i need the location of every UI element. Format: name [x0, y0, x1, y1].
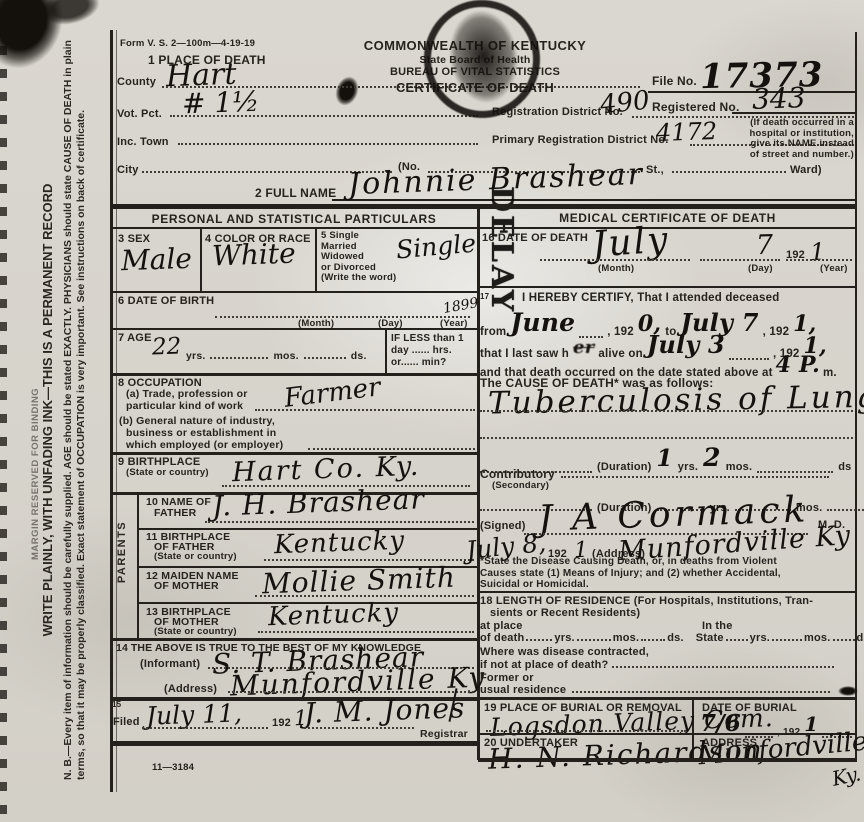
residence-yrs-label: yrs. [554, 632, 574, 644]
father-birthplace-value: Kentucky [274, 526, 406, 561]
dots [526, 637, 552, 641]
informant-label: (Informant) [140, 658, 200, 670]
residence-label-line2: sients or Recent Residents) [490, 607, 640, 619]
row-rule [110, 373, 478, 376]
age-dots [304, 355, 346, 359]
marital-value: Single [395, 229, 477, 265]
residence-label-line1: 18 LENGTH OF RESIDENCE (For Hospitals, I… [480, 595, 813, 607]
of-death-label: of death [480, 632, 524, 644]
section-bar [110, 204, 857, 209]
filed-label: Filed [113, 716, 140, 728]
duration-ds-label: ds [838, 461, 851, 473]
occurred-m-label: m. [823, 367, 837, 379]
age-dots [210, 355, 268, 359]
age-yrs-label: yrs. [186, 350, 205, 362]
parents-label: PARENTS [116, 510, 128, 594]
row-rule [478, 591, 857, 593]
filed-number: 15 [112, 700, 121, 709]
birthplace-sublabel: (State or country) [126, 467, 209, 478]
residence-mos-label: mos. [613, 632, 639, 644]
footnote-line: *State the Disease Causing Death, or, in… [480, 556, 777, 567]
mother-name-line [255, 595, 474, 597]
residence-state-label: State [696, 632, 724, 644]
former-label-line1: Former or [480, 672, 534, 684]
hospital-note-line: of street and number.) [750, 149, 854, 160]
ink-blot [838, 686, 858, 696]
dots [572, 689, 830, 693]
binding-perforation-marks [0, 0, 7, 822]
cell-divider [385, 330, 387, 373]
margin-nb-note: N. B.—Every item of information should b… [62, 40, 87, 780]
registrar-label: Registrar [420, 728, 468, 740]
registrar-line [304, 727, 414, 729]
plate-number: 11—3184 [152, 762, 194, 773]
mother-name-label2: OF MOTHER [154, 580, 219, 592]
row-rule [110, 291, 478, 293]
marital-label-line: (Write the word) [321, 272, 396, 283]
footnote-line: Causes state (1) Means of Injury; and (2… [480, 568, 781, 579]
contributory-label: Contributory [480, 467, 555, 481]
occupation-b-line [308, 448, 475, 450]
father-name-line [205, 521, 474, 523]
marital-label-line: or Divorced [321, 262, 376, 273]
hospital-note-line: hospital or institution, [749, 128, 854, 139]
personal-section-title: PERSONAL AND STATISTICAL PARTICULARS [110, 212, 478, 226]
footnote-line: Suicidal or Homicidal. [480, 579, 589, 590]
occupation-a-line1: (a) Trade, profession or [126, 388, 248, 400]
dod-year-sublabel: (Year) [820, 263, 848, 274]
dob-label: 6 DATE OF BIRTH [118, 295, 214, 307]
certify-line: I HEREBY CERTIFY, That I attended deceas… [522, 292, 779, 304]
table-top-rule [478, 697, 857, 700]
occupation-a-line2: particular kind of work [126, 400, 243, 412]
residence-ds-label: ds. [667, 632, 684, 644]
contracted-label-line2: if not at place of death? [480, 659, 608, 671]
certify-number: 17 [480, 292, 489, 301]
if-less-line: or...... min? [391, 357, 446, 368]
registered-no-label: Registered No. [652, 100, 740, 114]
if-less-line: IF LESS than 1 [391, 333, 464, 344]
registrar-signature: J. M. Jones [303, 691, 465, 730]
undertaker-address-value2: Ky. [830, 761, 863, 790]
former-label-line2: usual residence [480, 684, 566, 696]
filed-date-value: July 11, [146, 698, 243, 730]
vot-pct-label: Vot. Pct. [117, 108, 162, 120]
race-value: White [211, 237, 296, 273]
dob-line [215, 316, 470, 318]
registered-no-value: 343 [751, 81, 806, 116]
margin-permanent-record-note: WRITE PLAINLY, WITH UNFADING INK—THIS IS… [40, 60, 55, 760]
marital-label-line: 5 Single [321, 230, 359, 241]
city-label: City [117, 164, 139, 176]
contracted-label-line1: Where was disease contracted, [480, 646, 649, 658]
dots [612, 664, 834, 668]
marital-label-line: Married [321, 241, 357, 252]
sex-value: Male [120, 242, 192, 277]
secondary-label: (Secondary) [492, 480, 549, 491]
marital-label-line: Widowed [321, 251, 364, 262]
father-name-value: J. H. Brashear [211, 482, 425, 522]
residence-state-yrs: yrs. [750, 632, 770, 644]
row-rule [110, 328, 478, 330]
cell-divider [200, 229, 202, 291]
occupation-a-value: Farmer [283, 372, 383, 414]
cause-line2 [480, 437, 853, 439]
row-rule [478, 286, 857, 288]
if-less-line: day ...... hrs. [391, 345, 452, 356]
filed-year-printed: 192 [272, 717, 291, 729]
ward-label: Ward) [790, 164, 822, 176]
inc-town-line [178, 143, 478, 145]
burial-place-line [486, 730, 686, 732]
cause-line [480, 410, 853, 412]
full-name-label: 2 FULL NAME [255, 186, 336, 200]
dod-year-digit: 1 [810, 238, 826, 267]
age-label: 7 AGE [118, 332, 152, 344]
dots [726, 637, 748, 641]
vot-pct-line [170, 115, 478, 117]
last-saw-scribble: er [573, 337, 594, 358]
mother-birthplace-label3: (State or country) [154, 626, 237, 637]
border-left [110, 30, 113, 792]
cell-divider [315, 229, 317, 291]
dod-year-line [786, 259, 852, 261]
occupation-b-line2: business or establishment in [126, 427, 276, 439]
certify-from-month: June [510, 308, 575, 337]
mother-birthplace-line [258, 631, 474, 633]
informant-address-label: (Address) [164, 683, 217, 695]
age-mos-label: mos. [273, 350, 298, 362]
title-rule [110, 227, 857, 229]
file-no-label: File No. [652, 74, 697, 88]
dod-day-line [700, 259, 780, 261]
occupation-b-line1: (b) General nature of industry, [119, 415, 275, 427]
filed-line [142, 727, 268, 729]
residence-state-mos: mos. [804, 632, 830, 644]
table-bottom-rule [478, 758, 857, 762]
dots [833, 637, 855, 641]
st-label: St., [646, 164, 664, 176]
form-number: Form V. S. 2—100m—4-19-19 [120, 38, 255, 49]
in-the-label: In the [702, 620, 733, 632]
dots [561, 474, 829, 478]
primary-district-label: Primary Registration District No. [492, 134, 669, 146]
occupation-b-line3: which employed (or employer) [126, 439, 283, 451]
dots [577, 637, 611, 641]
occurred-time: 4 P. [776, 352, 820, 378]
residence-state-ds: ds. [857, 632, 864, 644]
county-label: County [117, 76, 156, 88]
dob-year-value: 1899 [442, 295, 480, 317]
death-certificate-scan: MARGIN RESERVED FOR BINDING WRITE PLAINL… [0, 0, 864, 822]
date-of-death-label: 16 DATE OF DEATH [482, 232, 588, 244]
dod-day-sublabel: (Day) [748, 263, 773, 274]
father-name-label2: FATHER [154, 507, 196, 519]
at-place-label: at place [480, 620, 523, 632]
inc-town-label: Inc. Town [117, 136, 169, 148]
dots [827, 507, 864, 511]
father-birthplace-label3: (State or country) [154, 551, 237, 562]
age-ds-label: ds. [351, 350, 367, 362]
cause-of-death-value: Tuberculosis of Lungs [488, 378, 864, 421]
hospital-note-line: (If death occurred in a [750, 117, 854, 128]
st-line [672, 171, 786, 173]
dots [772, 637, 802, 641]
last-saw-date: July 3 [647, 330, 725, 359]
age-value: 22 [152, 333, 182, 360]
hospital-note-line: give its NAME instead [751, 138, 854, 149]
row-rule-heavy [110, 741, 478, 746]
dots [641, 637, 665, 641]
dod-month-line [540, 259, 690, 261]
mother-birthplace-value: Kentucky [268, 598, 400, 633]
date-of-death-day: 7 [755, 230, 773, 262]
dod-month-sublabel: (Month) [598, 263, 634, 274]
